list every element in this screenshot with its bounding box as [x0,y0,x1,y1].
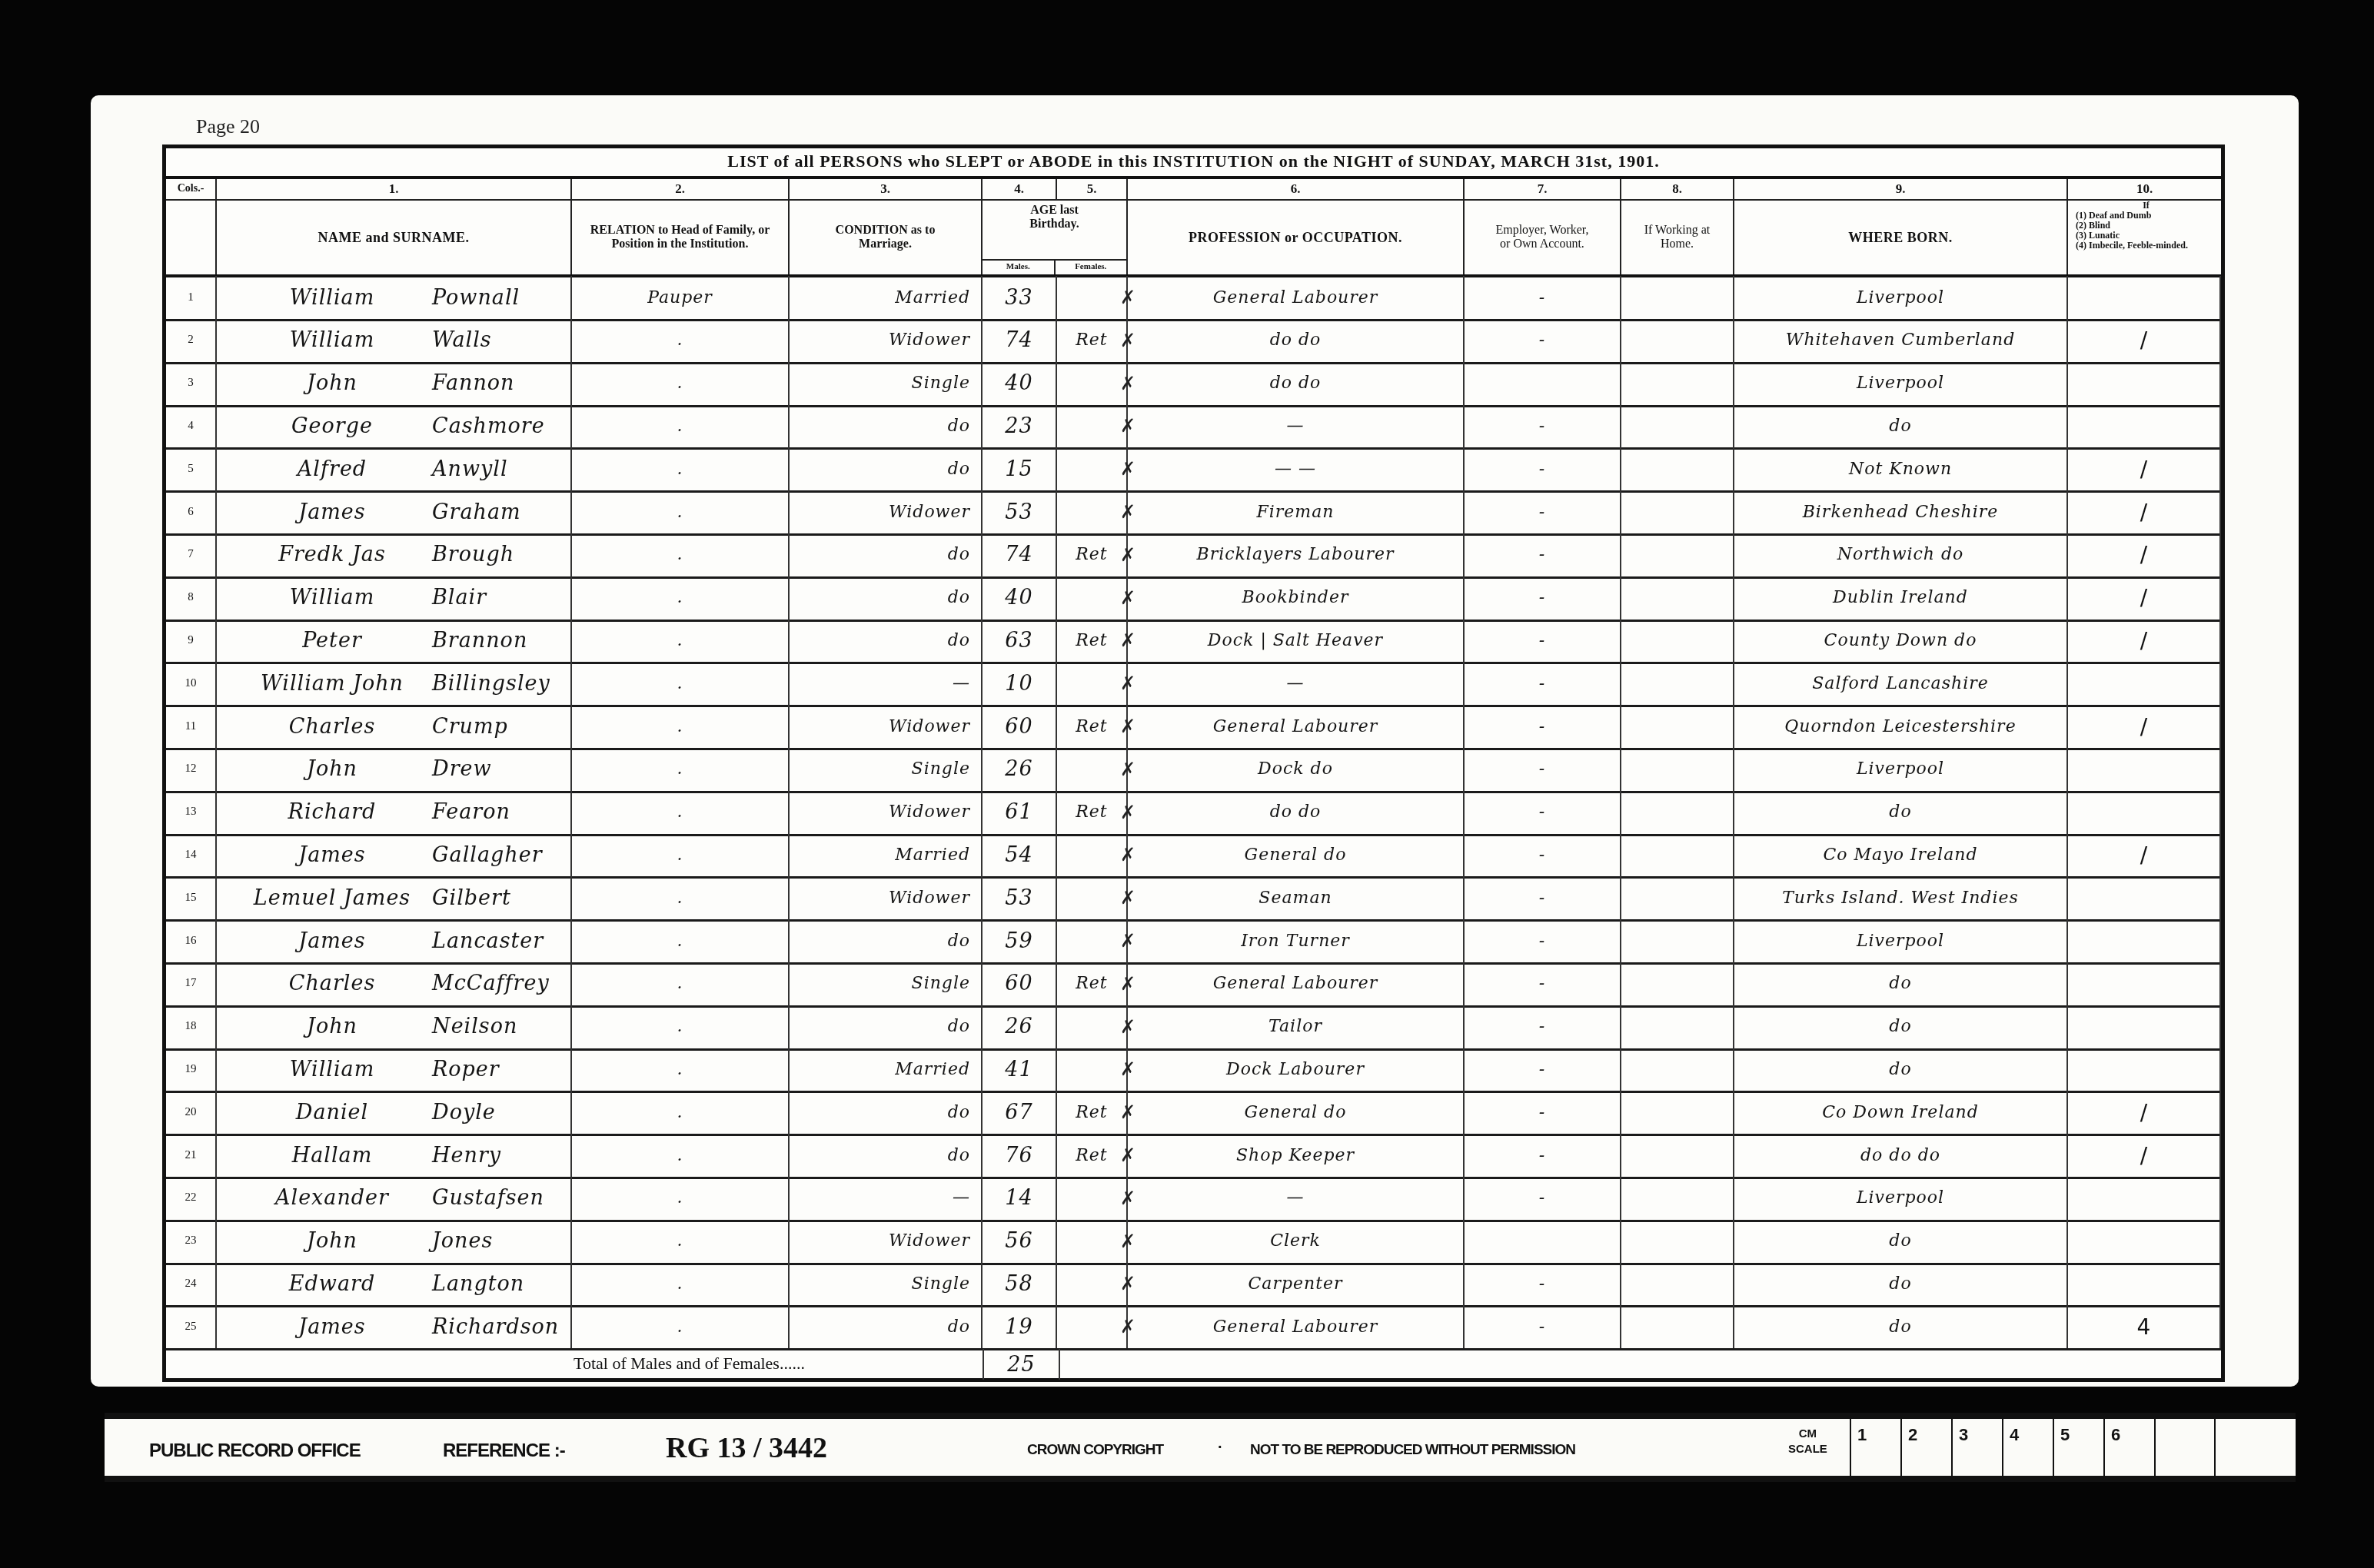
age-males-cell: 23 [983,404,1057,447]
first-name: William [232,328,432,352]
age-males-cell: 54 [983,833,1057,876]
cm-scale-tick: 2 [1900,1419,1951,1476]
condition-cell: do [790,447,983,490]
relation-value: . [677,932,683,951]
occupation-cell: — [1128,404,1465,447]
condition-value: Single [912,374,970,393]
table-row: 9PeterBrannon.do63Ret✗Dock | Salt Heaver… [166,619,2221,664]
name-cell: EdwardLangton [217,1262,572,1305]
occupation-value: Dock Labourer [1226,1060,1365,1079]
table-row: 1WilliamPownallPauperMarried33✗General L… [166,276,2221,321]
age-females-cell: Ret✗ [1057,1134,1128,1177]
working-home-cell [1621,1262,1734,1305]
occupation-cell: General do [1128,1091,1465,1134]
infirmity-cell [2068,1220,2221,1263]
working-home-cell [1621,576,1734,620]
name-cell: JamesRichardson [217,1305,572,1348]
where-born-value: do [1889,974,1911,993]
infirmity-cell: / [2068,705,2221,748]
relation-cell: Pauper [572,276,790,319]
relation-cell: . [572,362,790,405]
age-males-cell: 26 [983,748,1057,791]
age-males-value: 53 [1005,886,1032,910]
age-males-cell: 63 [983,619,1057,662]
age-males-cell: 40 [983,362,1057,405]
age-males-value: 23 [1005,414,1032,438]
infirmity-value: 4 [2137,1314,2151,1340]
occupation-cell: Shop Keeper [1128,1134,1465,1177]
age-males-value: 41 [1005,1058,1032,1081]
first-name: John [232,371,432,395]
surname: Cashmore [432,414,545,438]
first-name: Alfred [232,457,432,481]
working-home-cell [1621,1177,1734,1220]
age-males-cell: 40 [983,576,1057,620]
row-number: 11 [166,705,217,748]
where-born-value: Dublin Ireland [1833,588,1968,607]
condition-value: do [948,460,970,479]
name-cell: CharlesCrump [217,705,572,748]
relation-cell: . [572,1091,790,1134]
age-males-cell: 60 [983,962,1057,1005]
table-row: 15Lemuel JamesGilbert.Widower53✗Seaman-T… [166,876,2221,922]
working-home-cell [1621,319,1734,362]
table-row: 14JamesGallagher.Married54✗General do-Co… [166,833,2221,879]
age-females-cell: ✗ [1057,876,1128,919]
occupation-cell: Tailor [1128,1005,1465,1048]
condition-value: — [953,674,970,693]
row-number: 21 [166,1134,217,1177]
first-name: John [232,757,432,781]
where-born-cell: do [1734,1305,2068,1348]
occupation-cell: Carpenter [1128,1262,1465,1305]
colnum-6: 6. [1128,179,1465,199]
row-number: 14 [185,849,197,862]
where-born-value: Not Known [1849,460,1952,479]
occupation-cell: Bookbinder [1128,576,1465,620]
first-name: Fredk Jas [232,543,432,566]
age-males-cell: 14 [983,1177,1057,1220]
relation-value: . [677,1146,683,1165]
where-born-cell: do [1734,791,2068,834]
relation-value: . [677,974,683,993]
infirmity-cell [2068,662,2221,705]
condition-cell: do [790,533,983,576]
employer-cell: - [1465,1177,1621,1220]
employer-value: - [1539,759,1545,779]
relation-value: . [677,588,683,607]
condition-cell: Widower [790,705,983,748]
employer-value: - [1539,674,1545,693]
employer-value: - [1539,503,1545,522]
age-males-value: 10 [1005,672,1032,696]
condition-cell: Widower [790,876,983,919]
working-home-cell [1621,833,1734,876]
table-row: 8WilliamBlair.do40✗Bookbinder-Dublin Ire… [166,576,2221,622]
relation-value: . [677,1188,683,1208]
infirmity-value: / [2140,457,2147,482]
occupation-cell: — [1128,662,1465,705]
age-females-cell: Ret✗ [1057,619,1128,662]
occupation-cell: Iron Turner [1128,919,1465,962]
footer-copyright: CROWN COPYRIGHT [1027,1442,1163,1459]
first-name: Richard [232,800,432,824]
first-name: Hallam [232,1144,432,1168]
employer-cell: - [1465,319,1621,362]
where-born-value: Liverpool [1857,374,1944,393]
surname: Billingsley [432,672,550,696]
occupation-value: General do [1245,845,1347,865]
surname: Jones [432,1229,493,1253]
condition-value: Single [912,974,970,993]
condition-cell: Widower [790,791,983,834]
age-females-cell: ✗ [1057,1262,1128,1305]
name-cell: JamesLancaster [217,919,572,962]
colnum-10: 10. [2068,179,2221,199]
where-born-cell: Dublin Ireland [1734,576,2068,620]
relation-cell: . [572,1262,790,1305]
footer-office: PUBLIC RECORD OFFICE [149,1440,361,1462]
age-females-value: Ret [1076,331,1107,350]
age-females-value: Ret [1076,802,1107,822]
table-row: 11CharlesCrump.Widower60Ret✗General Labo… [166,705,2221,750]
infirmity-cell: / [2068,619,2221,662]
working-home-cell [1621,962,1734,1005]
infirmity-cell [2068,919,2221,962]
age-males-cell: 33 [983,276,1057,319]
age-females-cell: ✗ [1057,490,1128,533]
row-number: 12 [185,762,197,776]
where-born-value: do [1889,1231,1911,1251]
age-females-value: Ret [1076,631,1107,650]
condition-value: do [948,588,970,607]
condition-value: do [948,631,970,650]
where-born-cell: County Down do [1734,619,2068,662]
relation-value: . [677,331,683,350]
age-males-value: 61 [1005,800,1032,824]
occupation-value: — [1287,1188,1305,1208]
age-females-cell: Ret✗ [1057,791,1128,834]
cm-scale-tick: 6 [2103,1419,2154,1476]
condition-cell: Single [790,1262,983,1305]
age-males-cell: 19 [983,1305,1057,1348]
where-born-value: Northwich do [1837,545,1964,564]
row-number: 20 [166,1091,217,1134]
occupation-value: Clerk [1270,1231,1321,1251]
relation-cell: . [572,833,790,876]
age-males-cell: 10 [983,662,1057,705]
relation-value: . [677,417,683,436]
employer-cell: - [1465,1305,1621,1348]
occupation-value: Tailor [1268,1017,1322,1036]
condition-value: Married [895,288,970,307]
occupation-cell: General Labourer [1128,1305,1465,1348]
age-females-cell: ✗ [1057,1305,1128,1348]
surname: Neilson [432,1015,517,1038]
age-males-value: 74 [1005,328,1032,352]
surname: Drew [432,757,492,781]
age-males-value: 53 [1005,500,1032,524]
where-born-cell: do [1734,962,2068,1005]
row-number: 18 [166,1005,217,1048]
age-females-value: Ret [1076,1103,1107,1122]
age-males-value: 19 [1005,1315,1032,1339]
surname: McCaffrey [432,972,550,995]
total-label: Total of Males and of Females...... [574,1354,805,1374]
header-condition: CONDITION as to Marriage. [790,201,983,274]
row-number: 5 [166,447,217,490]
surname: Roper [432,1058,500,1081]
age-females-cell: ✗ [1057,1005,1128,1048]
infirmity-cell: / [2068,319,2221,362]
where-born-value: Co Down Ireland [1822,1103,1979,1122]
row-number: 15 [185,892,197,905]
surname: Gallagher [432,843,543,867]
age-females-cell: ✗ [1057,576,1128,620]
condition-cell: do [790,576,983,620]
relation-value: . [677,374,683,393]
relation-cell: . [572,576,790,620]
row-number: 6 [188,506,194,519]
relation-value: . [677,889,683,908]
surname: Lancaster [432,929,544,953]
age-males-cell: 15 [983,447,1057,490]
cm-scale-tick: 1 [1850,1419,1900,1476]
row-number: 8 [188,591,194,604]
name-cell: JohnDrew [217,748,572,791]
age-males-value: 33 [1005,286,1032,310]
employer-value: - [1539,717,1545,736]
condition-value: Single [912,1274,970,1294]
condition-value: Single [912,759,970,779]
condition-cell: Widower [790,319,983,362]
where-born-cell: Co Mayo Ireland [1734,833,2068,876]
occupation-cell: General do [1128,833,1465,876]
age-males-value: 54 [1005,843,1032,867]
condition-cell: do [790,404,983,447]
condition-value: Married [895,1060,970,1079]
row-number: 2 [166,319,217,362]
age-females-cell: ✗ [1057,1177,1128,1220]
infirmity-value: / [2140,1143,2147,1168]
occupation-value: do do [1270,374,1322,393]
where-born-value: do [1889,1017,1911,1036]
where-born-cell: Salford Lancashire [1734,662,2068,705]
relation-value: . [677,503,683,522]
where-born-value: do [1889,1274,1911,1294]
row-number: 17 [185,977,197,990]
row-number: 1 [188,291,194,304]
row-number: 1 [166,276,217,319]
where-born-cell: Co Down Ireland [1734,1091,2068,1134]
row-number: 4 [166,404,217,447]
age-males-value: 74 [1005,543,1032,566]
infirmity-cell [2068,1005,2221,1048]
occupation-value: — [1287,417,1305,436]
row-number: 16 [166,919,217,962]
name-cell: AlexanderGustafsen [217,1177,572,1220]
colnum-1: 1. [217,179,572,199]
name-cell: WilliamWalls [217,319,572,362]
table-row: 12JohnDrew.Single26✗Dock do-Liverpool [166,748,2221,793]
where-born-cell: do do do [1734,1134,2068,1177]
where-born-cell: Northwich do [1734,533,2068,576]
condition-value: do [948,1317,970,1337]
row-number: 13 [185,806,197,819]
where-born-value: Birkenhead Cheshire [1803,503,1999,522]
header-relation: RELATION to Head of Family, or Position … [572,201,790,274]
name-cell: WilliamBlair [217,576,572,620]
occupation-cell: — [1128,1177,1465,1220]
table-row: 25JamesRichardson.do19✗General Labourer-… [166,1305,2221,1350]
row-number: 6 [166,490,217,533]
occupation-cell: Seaman [1128,876,1465,919]
relation-value: . [677,674,683,693]
condition-cell: do [790,1005,983,1048]
header-age-label: AGE last Birthday. [983,204,1126,231]
first-name: James [232,843,432,867]
occupation-value: Shop Keeper [1236,1146,1355,1165]
name-cell: WilliamPownall [217,276,572,319]
employer-cell: - [1465,791,1621,834]
table-row: 23JohnJones.Widower56✗Clerkdo [166,1220,2221,1265]
employer-value: - [1539,331,1545,350]
occupation-value: Seaman [1258,889,1332,908]
table-row: 17CharlesMcCaffrey.Single60Ret✗General L… [166,962,2221,1008]
row-number: 18 [185,1020,197,1033]
condition-cell: Married [790,276,983,319]
working-home-cell [1621,1220,1734,1263]
infirmity-cell [2068,1048,2221,1091]
occupation-cell: do do [1128,319,1465,362]
infirmity-value: / [2140,714,2147,739]
age-females-cell: ✗ [1057,1048,1128,1091]
age-males-value: 14 [1005,1186,1032,1210]
relation-value: . [677,1274,683,1294]
condition-value: Widower [889,802,970,822]
infirmity-cell: / [2068,490,2221,533]
employer-cell: - [1465,1262,1621,1305]
name-cell: JamesGallagher [217,833,572,876]
row-number: 5 [188,463,194,476]
employer-cell [1465,362,1621,405]
occupation-value: Fireman [1257,503,1335,522]
where-born-value: do do do [1860,1146,1940,1165]
occupation-value: — — [1275,460,1316,479]
employer-value: - [1539,1146,1545,1165]
cm-scale: 1 2 3 4 5 6 [1850,1419,2216,1476]
table-row: 3JohnFannon.Single40✗do doLiverpool [166,362,2221,407]
where-born-cell: do [1734,1220,2068,1263]
name-cell: RichardFearon [217,791,572,834]
relation-cell: . [572,490,790,533]
census-table: LIST of all PERSONS who SLEPT or ABODE i… [162,145,2225,1382]
row-number: 24 [166,1262,217,1305]
row-number: 15 [166,876,217,919]
occupation-cell: Clerk [1128,1220,1465,1263]
first-name: James [232,500,432,524]
header-infirmity: If (1) Deaf and Dumb (2) Blind (3) Lunat… [2068,201,2221,274]
relation-value: . [677,1231,683,1251]
first-name: Alexander [232,1186,432,1210]
working-home-cell [1621,1091,1734,1134]
relation-cell: . [572,962,790,1005]
age-males-value: 15 [1005,457,1032,481]
colnum-3: 3. [790,179,983,199]
condition-value: Widower [889,717,970,736]
working-home-cell [1621,447,1734,490]
where-born-cell: do [1734,404,2068,447]
condition-value: do [948,1017,970,1036]
where-born-cell: Whitehaven Cumberland [1734,319,2068,362]
where-born-cell: Liverpool [1734,1177,2068,1220]
header-occupation: PROFESSION or OCCUPATION. [1128,201,1465,274]
cm-scale-tick: 4 [2002,1419,2053,1476]
infirmity-value: / [2140,1100,2147,1125]
age-males-cell: 56 [983,1220,1057,1263]
header-age: AGE last Birthday. Males. Females. [983,201,1128,274]
employer-cell: - [1465,1048,1621,1091]
age-females-cell: ✗ [1057,833,1128,876]
row-number: 10 [166,662,217,705]
occupation-value: General Labourer [1213,717,1378,736]
name-cell: Lemuel JamesGilbert [217,876,572,919]
occupation-cell: Dock Labourer [1128,1048,1465,1091]
relation-cell: . [572,319,790,362]
working-home-cell [1621,1048,1734,1091]
employer-cell: - [1465,447,1621,490]
row-number: 24 [185,1277,197,1291]
name-cell: JamesGraham [217,490,572,533]
row-number: 16 [185,935,197,948]
occupation-value: Bricklayers Labourer [1196,545,1394,564]
condition-cell: do [790,919,983,962]
employer-cell: - [1465,919,1621,962]
where-born-value: do [1889,802,1911,822]
infirmity-value: / [2140,542,2147,567]
name-cell: William JohnBillingsley [217,662,572,705]
occupation-value: General Labourer [1213,288,1378,307]
occupation-cell: General Labourer [1128,962,1465,1005]
employer-cell: - [1465,576,1621,620]
header-name: NAME and SURNAME. [217,201,572,274]
infirmity-cell [2068,791,2221,834]
relation-cell: . [572,748,790,791]
employer-cell: - [1465,748,1621,791]
infirmity-cell: / [2068,1134,2221,1177]
condition-cell: Single [790,362,983,405]
first-name: John [232,1229,432,1253]
working-home-cell [1621,876,1734,919]
occupation-cell: Bricklayers Labourer [1128,533,1465,576]
age-males-cell: 58 [983,1262,1057,1305]
surname: Blair [432,586,487,610]
relation-value: . [677,802,683,822]
age-males-cell: 67 [983,1091,1057,1134]
row-number: 11 [185,720,196,733]
table-row: 18JohnNeilson.do26✗Tailor-do [166,1005,2221,1051]
age-males-value: 58 [1005,1272,1032,1296]
cm-scale-tick: 5 [2053,1419,2103,1476]
table-row: 6JamesGraham.Widower53✗Fireman-Birkenhea… [166,490,2221,536]
column-header-row: NAME and SURNAME. RELATION to Head of Fa… [166,201,2221,277]
cm-scale-tick: 3 [1951,1419,2002,1476]
name-cell: JohnFannon [217,362,572,405]
relation-cell: . [572,1177,790,1220]
first-name: James [232,1315,432,1339]
row-number: 19 [185,1063,197,1076]
age-females-cell: ✗ [1057,748,1128,791]
